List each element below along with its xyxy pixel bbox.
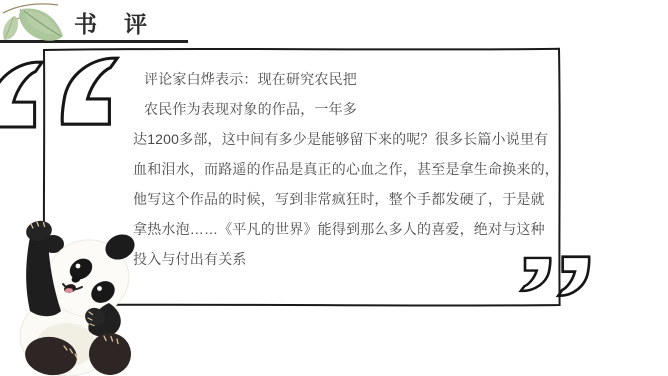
quote-line: 拿热水泡……《平凡的世界》能得到那么多人的喜爱，绝对与这种 bbox=[133, 214, 545, 244]
open-quote-icon bbox=[0, 62, 42, 127]
slide: 书 评 评论家白烨表示：现在研究农民把 农民作为表现对象的作品，一年多 达120… bbox=[0, 0, 668, 376]
quote-line: 农民作为表现对象的作品，一年多 bbox=[144, 94, 545, 124]
close-quote-icon bbox=[558, 257, 589, 296]
quote-line: 评论家白烨表示：现在研究农民把 bbox=[144, 64, 545, 94]
quote-line: 达1200多部，这中间有多少是能够留下来的呢？很多长篇小说里有 bbox=[133, 124, 545, 154]
open-quote-icon bbox=[62, 58, 117, 124]
quote-text-block: 评论家白烨表示：现在研究农民把 农民作为表现对象的作品，一年多 达1200多部，… bbox=[133, 64, 545, 274]
quote-line: 血和泪水，而路遥的作品是真正的心血之作，甚至是拿生命换来的， bbox=[133, 154, 545, 184]
panda-icon bbox=[6, 218, 156, 376]
quote-line: 投入与付出有关系 bbox=[133, 244, 545, 274]
quote-line: 他写这个作品的时候，写到非常疯狂时，整个手都发硬了，于是就 bbox=[133, 184, 545, 214]
